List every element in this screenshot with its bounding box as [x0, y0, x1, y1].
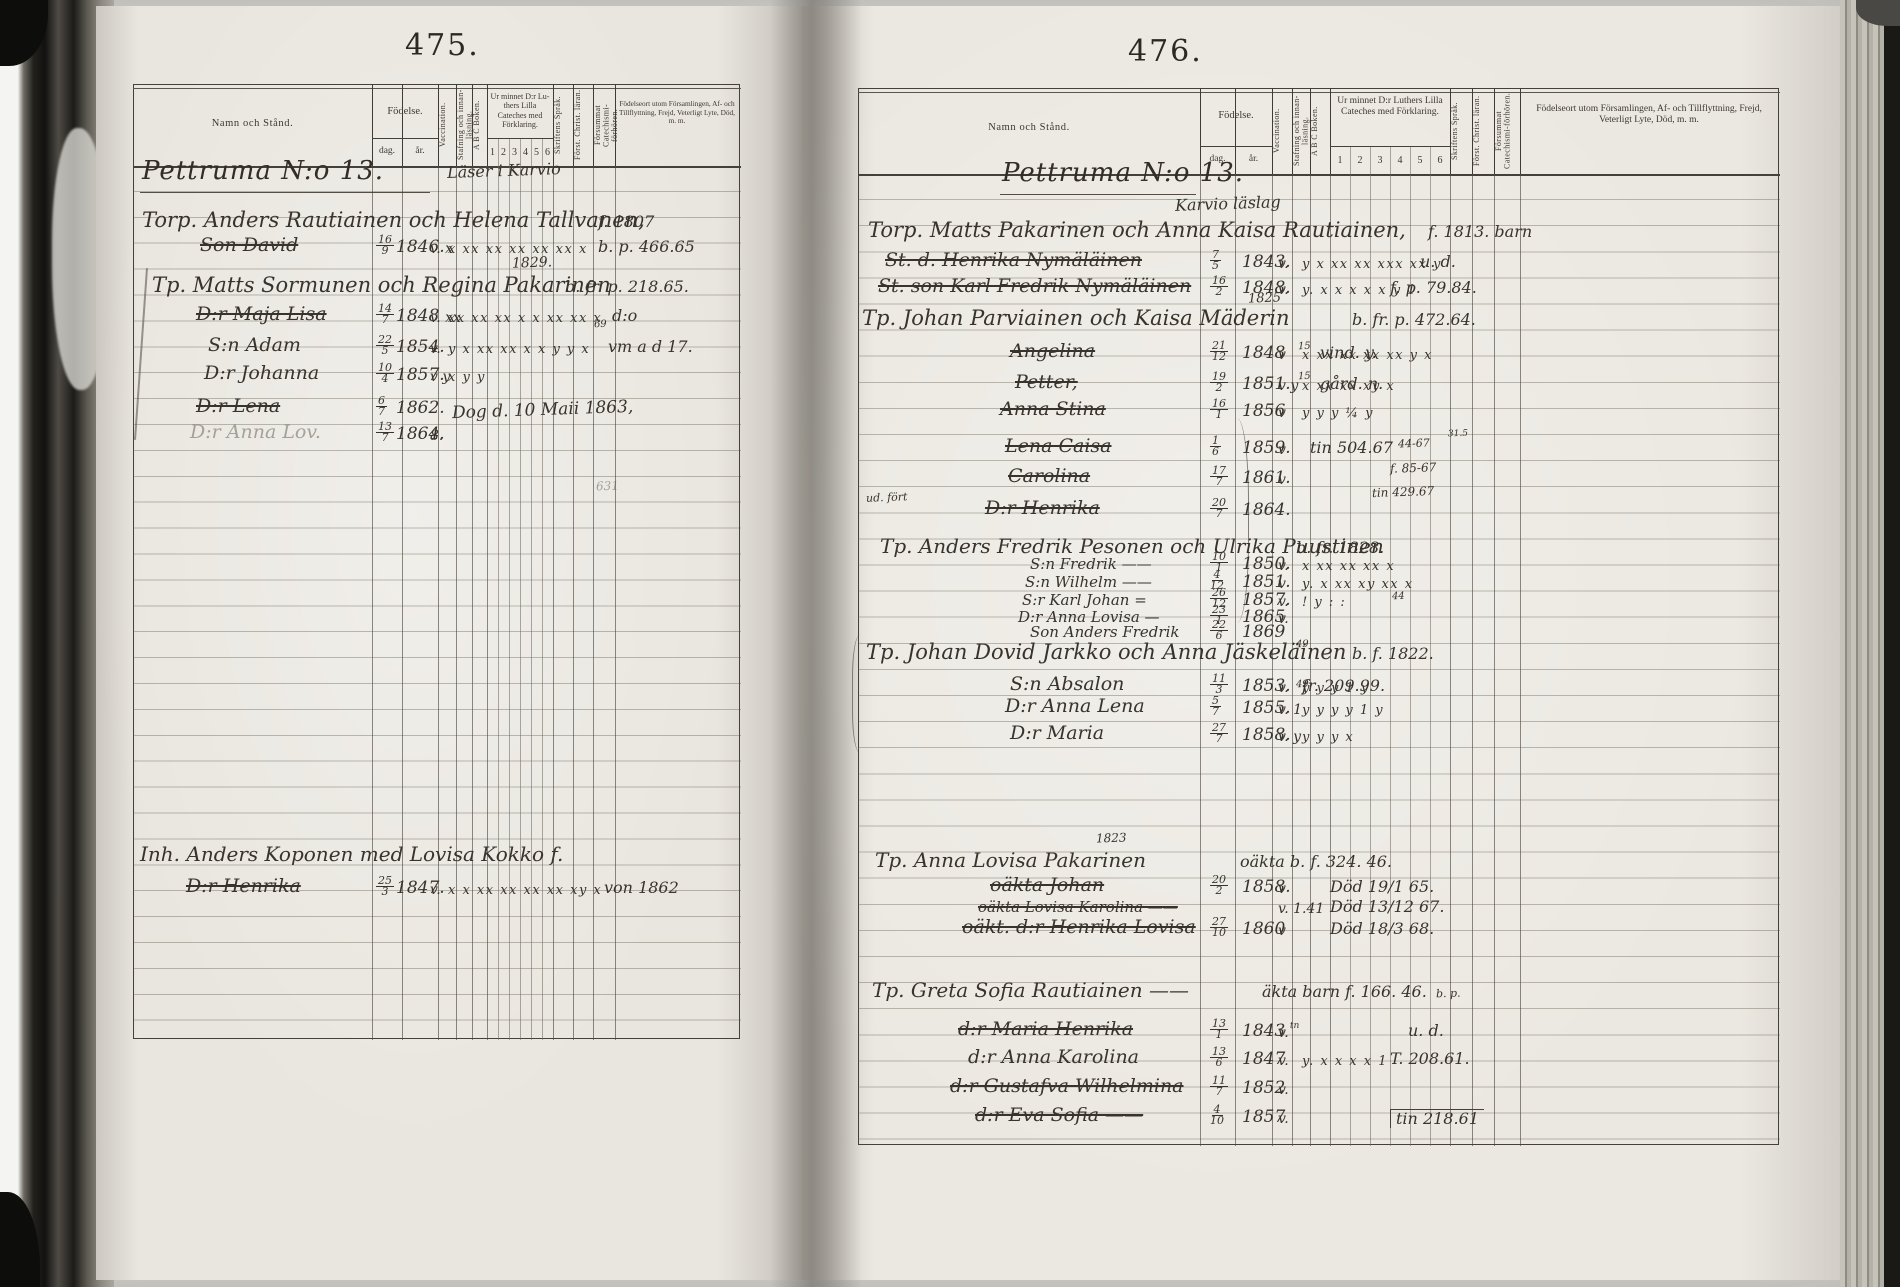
record-reading-marks: x xx xx xx x: [1302, 560, 1395, 574]
scan-edge: [0, 0, 20, 1287]
record-name: Inh. Anders Koponen med Lovisa Kokko f.: [140, 844, 563, 865]
birth-subheader-rule: [1200, 146, 1272, 147]
record-vaccination: v.: [1278, 1083, 1289, 1098]
margin-note: 31.5: [1448, 430, 1468, 440]
record-name: d:r Gustafva Wilhelmina: [950, 1077, 1184, 1097]
record-birth-year: 1862.: [396, 400, 445, 418]
margin-note: 1823: [1096, 831, 1127, 845]
record-name: S:n Wilhelm ——: [1025, 575, 1152, 591]
record-name: Son Anders Fredrik: [1030, 625, 1179, 641]
record-remark: b. fr. p. 218.65.: [565, 279, 689, 296]
record-remark: T. 208.61.: [1390, 1051, 1470, 1068]
record-birth-day: 117: [1210, 1076, 1228, 1097]
record-name: D:r Henrika: [985, 499, 1100, 519]
margin-note: 44-67: [1398, 437, 1430, 450]
section-title-underline: [1000, 194, 1196, 195]
record-remark: von 1862: [604, 880, 679, 897]
record-remark: tin 504.67: [1310, 440, 1393, 457]
record-name: Torp. Anders Rautiainen och Helena Tallv…: [142, 209, 645, 231]
column-line: [1520, 174, 1521, 1146]
column-header-birth-year: år.: [402, 146, 438, 157]
record-remark: tin 218.61: [1390, 1109, 1484, 1128]
record-birth-day: 192: [1210, 372, 1228, 393]
record-birth-day: 2112: [1210, 341, 1228, 362]
record-vaccination: v y: [1278, 379, 1298, 394]
margin-note: 49: [1296, 640, 1309, 651]
record-reading-marks: y y y y 1 y: [1302, 704, 1384, 718]
column-header-scripture: Skriftens Språk.: [1451, 92, 1471, 170]
record-name: D:r Lena: [196, 397, 280, 417]
record-birth-day: 226: [1210, 620, 1228, 641]
record-reading-marks: y. x xx xy xx x: [1302, 578, 1414, 592]
record-birth-day: 147: [376, 304, 394, 325]
record-name: St. son Karl Fredrik Nymäläinen: [878, 277, 1191, 297]
record-vaccination: v: [1278, 406, 1286, 421]
column-line: [573, 166, 574, 1040]
record-name: Tp. Johan Dovid Jarkko och Anna Jäskeläi…: [866, 641, 1346, 663]
record-birth-day: 113: [1210, 674, 1228, 695]
record-birth-day: 16: [1210, 436, 1221, 457]
margin-note: tin 429.67: [1372, 485, 1435, 500]
record-name: Torp. Matts Pakarinen och Anna Kaisa Rau…: [868, 219, 1406, 241]
record-vaccination: v: [1278, 924, 1286, 939]
record-name: S:n Adam: [208, 336, 301, 356]
catechism-column-number: 5: [531, 147, 542, 159]
catechism-subheader-rule: [487, 138, 553, 139]
catechism-column-number: 4: [520, 147, 531, 159]
record-reading-marks: y. x x x x 1: [1302, 1055, 1388, 1069]
record-birth-day: 410: [1210, 1105, 1224, 1126]
record-reading-marks: x y y: [448, 371, 486, 385]
record-remark: d:o: [612, 308, 637, 325]
record-name: D:r Henrika: [186, 877, 301, 897]
column-header-spelling: Stafning och innan-läsning.: [457, 88, 471, 162]
record-name: S:n Absalon: [1010, 675, 1124, 695]
record-name: oäkta Lovisa Karolina ——: [978, 900, 1178, 916]
record-remark: f. 1813. barn: [1428, 224, 1532, 241]
record-birth-day: 67: [376, 396, 387, 417]
record-name: D:r Johanna: [204, 364, 319, 384]
record-reading-marks: y y y ¼ y: [1302, 407, 1374, 421]
catechism-column-number: 1: [1330, 155, 1350, 167]
column-header-neglected: Försummat Catechismi-förhören.: [1495, 92, 1519, 170]
birth-subheader-rule: [372, 138, 438, 139]
record-vaccination: v: [1278, 882, 1286, 897]
record-vaccination: v.: [1278, 1054, 1289, 1069]
record-name: S:r Karl Johan =: [1022, 593, 1147, 609]
record-vaccination: v: [1278, 443, 1286, 458]
record-birth-day: 177: [1210, 466, 1228, 487]
record-birth-day: 161: [1210, 399, 1228, 420]
column-header-abc: A B C Boken.: [1311, 92, 1329, 170]
record-name: D:r Anna Lena: [1005, 697, 1145, 717]
parish-register-scan: 475. 476. Namn och Stånd.Födelse.dag.år.…: [0, 0, 1900, 1287]
column-header-christianity: Först. Christ. läran.: [1473, 92, 1493, 170]
record-remark: b. fr. p. 472.64.: [1352, 312, 1476, 329]
ruled-lines: [133, 166, 741, 1040]
record-name: Tp. Anna Lovisa Pakarinen: [875, 850, 1146, 871]
record-remark: f. 1807: [598, 214, 654, 231]
record-name: Tp. Johan Parviainen och Kaisa Mäderin: [862, 307, 1290, 329]
record-name: Petter,: [1015, 373, 1078, 393]
column-line: [438, 166, 439, 1040]
record-remark: Död 18/3 68.: [1330, 921, 1434, 938]
catechism-column-number: 1: [487, 147, 498, 159]
page-gutter-shadow: [770, 0, 862, 1287]
margin-note: 49.: [1296, 680, 1312, 691]
record-remark: äkta barn f. 166. 46.: [1262, 984, 1427, 1001]
column-line: [402, 166, 403, 1040]
record-remark: u. d.: [1408, 1023, 1444, 1040]
record-vaccination: v.: [1278, 257, 1289, 272]
record-name: oäkta Johan: [990, 876, 1104, 896]
record-remark: Död 13/12 67.: [1330, 899, 1444, 916]
record-birth-day: 57: [1210, 696, 1221, 717]
record-vaccination: v.: [430, 883, 441, 898]
column-header-name: Namn och Stånd.: [133, 118, 372, 130]
column-header-christianity: Först. Christ. läran.: [574, 88, 592, 162]
record-name: Son David: [200, 236, 298, 256]
record-reading-marks: y x xx xx x x y y x: [448, 343, 590, 357]
record-birth-day: 225: [376, 335, 394, 356]
record-remark: b. f. 1822.: [1352, 646, 1434, 663]
column-header-remarks: Födelseort utom Församlingen, Af- och Ti…: [1523, 104, 1775, 126]
record-remark: b. fr. 1828.: [1296, 540, 1384, 557]
record-birth-day: 131: [1210, 1019, 1228, 1040]
record-birth-day: 277: [1210, 723, 1228, 744]
record-name: St. d. Henrika Nymäläinen: [885, 251, 1142, 271]
catechism-subheader-rule: [1330, 146, 1450, 147]
margin-note: b. p.: [1436, 988, 1461, 1000]
record-reading-marks: xx xx xx x x xx xx x: [448, 312, 602, 326]
record-birth-day: 104: [376, 363, 394, 384]
column-header-birth: Födelse.: [1200, 110, 1272, 122]
record-birth-day: 136: [1210, 1047, 1228, 1068]
record-vaccination: v.: [1278, 1112, 1289, 1127]
catechism-column-number: 3: [509, 147, 520, 159]
column-line: [593, 166, 594, 1040]
record-name: D:r Maja Lisa: [196, 305, 327, 325]
record-name: d:r Eva Sofia ——: [975, 1106, 1143, 1126]
record-reading-marks: x x xx xx xx xx xy x: [448, 884, 602, 898]
record-vaccination: v. y: [1278, 730, 1301, 745]
record-vaccination: v. 1: [1278, 703, 1302, 718]
catechism-column-number: 2: [1350, 155, 1370, 167]
record-birth-year: 1864.: [1242, 502, 1291, 520]
margin-note: 1829.: [512, 255, 553, 271]
record-remark: b. p. 466.65: [598, 239, 695, 256]
record-vaccination: v. 1.41: [1278, 902, 1324, 917]
section-title-underline: [140, 192, 430, 193]
record-birth-day: 169: [376, 235, 394, 256]
column-header-birth: Födelse.: [372, 106, 438, 118]
record-name: Anna Stina: [1000, 400, 1106, 420]
margin-note: f. 85-67: [1390, 461, 1437, 475]
column-line: [553, 166, 554, 1040]
record-vaccination: v: [1278, 473, 1286, 488]
margin-note: Karvio läslag: [1175, 194, 1281, 214]
catechism-column-number: 2: [498, 147, 509, 159]
record-remark: gård. n.: [1320, 376, 1383, 393]
column-header-spelling: Stafning och innan-läsning.: [1293, 92, 1309, 170]
scan-edge-right: [1884, 0, 1900, 1287]
column-header-catechism: Ur minnet D:r Lu­thers Lilla Cateches me…: [489, 92, 551, 130]
margin-note: 69: [594, 320, 607, 331]
record-name: Tp. Greta Sofia Rautiainen ——: [872, 980, 1189, 1001]
record-reading-marks: y y y x: [1302, 731, 1354, 745]
column-header-abc: A B C Boken.: [473, 88, 486, 162]
table-frame-inner-line: [133, 88, 741, 89]
margin-note: tn: [1290, 1022, 1300, 1032]
record-remark: oäkta b. f. 324. 46.: [1240, 854, 1392, 871]
record-birth-day: 162: [1210, 276, 1228, 297]
record-name: D:r Anna Lov.: [190, 423, 321, 443]
record-remark: vm a d 17.: [608, 339, 693, 356]
column-header-catechism: Ur minnet D:r Lu­thers Lilla Cateches me…: [1332, 96, 1448, 118]
margin-note: ud. fört: [866, 491, 908, 504]
column-line: [487, 166, 488, 1040]
margin-note: 44: [1392, 592, 1405, 603]
record-birth-day: 202: [1210, 875, 1228, 896]
margin-note: 15: [1298, 372, 1311, 383]
record-name: D:r Maria: [1010, 724, 1104, 744]
margin-note: 631: [596, 480, 619, 493]
column-header-scripture: Skriftens Språk.: [554, 88, 572, 162]
record-birth-day: 75: [1210, 250, 1221, 271]
record-remark: vind. y.: [1320, 345, 1377, 362]
catechism-column-number: 4: [1390, 155, 1410, 167]
record-remark: fr. 209.99.: [1302, 678, 1385, 695]
record-birth-day: 253: [376, 876, 394, 897]
column-line: [615, 166, 616, 1040]
record-birth-day: 207: [1210, 498, 1228, 519]
section-title: Pettruma N:o 13.: [1002, 158, 1244, 188]
record-vaccination: v: [1278, 348, 1286, 363]
record-vaccination: v.: [1278, 1026, 1289, 1041]
column-line: [372, 166, 373, 1040]
record-birth-day: 2710: [1210, 917, 1228, 938]
record-birth-day: 137: [376, 422, 394, 443]
record-remark: f. p. 79.84.: [1390, 280, 1477, 297]
record-vaccination: v.: [1278, 681, 1289, 696]
record-remark: u. d.: [1420, 254, 1456, 271]
record-reading-marks: ! y : :: [1302, 596, 1346, 610]
column-header-neglected: Försummat Catechismi-förhören.: [594, 88, 614, 162]
column-line: [472, 166, 473, 1040]
catechism-column-number: 3: [1370, 155, 1390, 167]
record-name: Lena Caisa: [1005, 437, 1112, 457]
page-number-right: 476.: [1128, 34, 1203, 69]
margin-note: 1825: [1248, 291, 1282, 306]
record-name: Carolina: [1008, 467, 1090, 487]
column-line: [456, 166, 457, 1040]
record-name: oäkt. d:r Henrika Lovisa: [962, 918, 1196, 938]
column-header-vaccination: Vaccination.: [439, 88, 455, 162]
record-name: Angelina: [1010, 342, 1095, 362]
section-title: Pettruma N:o 13.: [142, 156, 384, 186]
record-vaccination: v.: [430, 342, 441, 357]
column-line: [1520, 88, 1521, 174]
record-name: d:r Anna Karolina: [968, 1048, 1139, 1068]
record-name: Tp. Matts Sormunen och Regina Pakarinen: [152, 274, 611, 296]
column-header-remarks: Födelseort utom Församlingen, Af- och Ti…: [618, 100, 736, 126]
catechism-column-number: 6: [542, 147, 553, 159]
catechism-column-number: 5: [1410, 155, 1430, 167]
page-number-left: 475.: [405, 28, 480, 63]
column-header-name: Namn och Stånd.: [858, 122, 1200, 134]
record-name: d:r Maria Henrika: [958, 1020, 1133, 1040]
margin-note: 15: [1298, 342, 1311, 353]
record-vaccination: 8.: [430, 429, 443, 444]
record-name: S:n Fredrik ——: [1030, 557, 1152, 573]
record-remark: Död 19/1 65.: [1330, 879, 1434, 896]
catechism-column-number: 6: [1430, 155, 1450, 167]
column-line: [1494, 174, 1495, 1146]
column-header-vaccination: Vaccination.: [1273, 92, 1291, 170]
